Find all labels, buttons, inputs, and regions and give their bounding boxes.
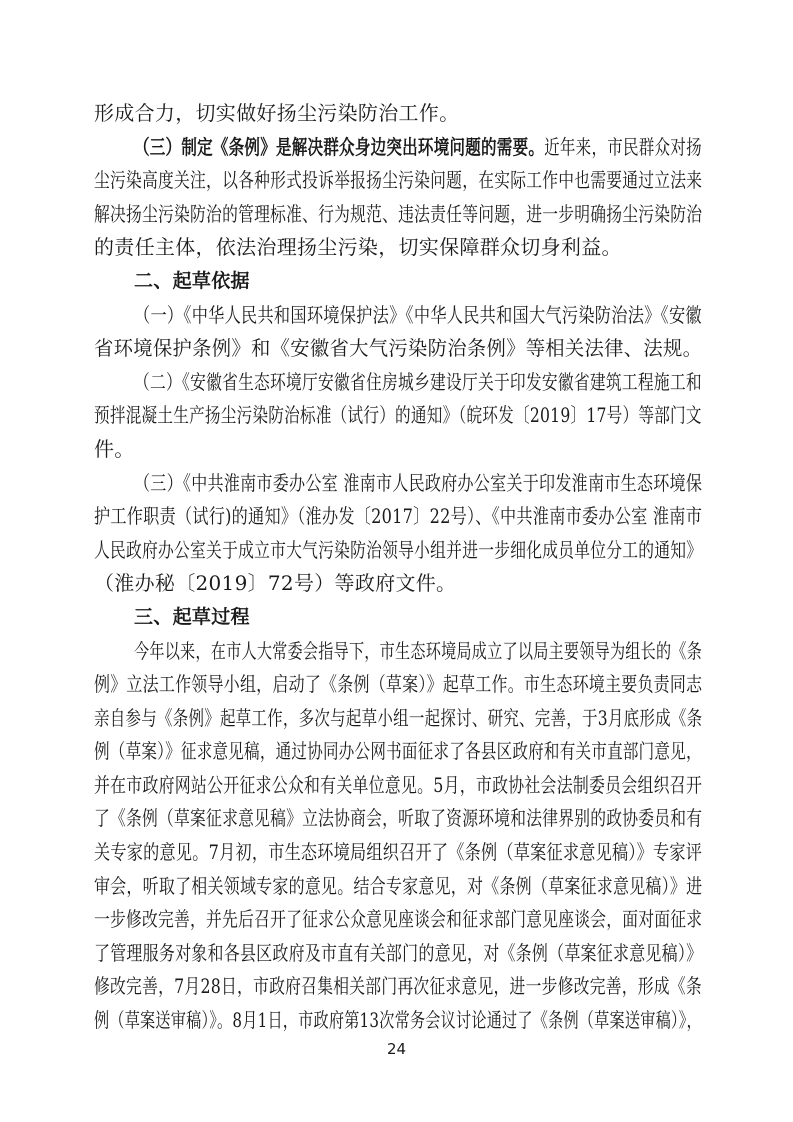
section-heading: 二、起草依据 xyxy=(94,265,702,299)
paragraph-line: 预拌混凝土生产扬尘污染防治标准（试行）的通知》（皖环发〔2019〕17号）等部门… xyxy=(94,399,702,433)
paragraph-line: （淮办秘〔2019〕72号）等政府文件。 xyxy=(94,567,702,601)
paragraph-line: （三）制定《条例》是解决群众身边突出环境问题的需要。近年来，市民群众对扬 xyxy=(94,131,702,165)
paragraph-line: （二）《安徽省生态环境厅安徽省住房城乡建设厅关于印发安徽省建筑工程施工和 xyxy=(94,366,702,400)
paragraph-line: 人民政府办公室关于成立市大气污染防治领导小组并进一步细化成员单位分工的通知》 xyxy=(94,534,702,568)
bold-lead: （三）制定《条例》是解决群众身边突出环境问题的需要。 xyxy=(134,135,544,159)
paragraph-line: 例》立法工作领导小组，启动了《条例（草案）》起草工作。市生态环境主要负责同志 xyxy=(94,668,702,702)
paragraph-line: （一）《中华人民共和国环境保护法》《中华人民共和国大气污染防治法》《安徽 xyxy=(94,299,702,333)
section-heading: 三、起草过程 xyxy=(94,601,702,635)
paragraph-line: 例（草案）》征求意见稿，通过协同办公网书面征求了各县区政府和有关市直部门意见， xyxy=(94,735,702,769)
paragraph-line: 的责任主体，依法治理扬尘污染，切实保障群众切身利益。 xyxy=(94,231,702,265)
paragraph-line: 并在市政府网站公开征求公众和有关单位意见。5月，市政协社会法制委员会组织召开 xyxy=(94,769,702,803)
paragraph-line: 一步修改完善，并先后召开了征求公众意见座谈会和征求部门意见座谈会，面对面征求 xyxy=(94,903,702,937)
paragraph-line: 关专家的意见。7月初，市生态环境局组织召开了《条例（草案征求意见稿）》专家评 xyxy=(94,836,702,870)
paragraph-line: 省环境保护条例》和《安徽省大气污染防治条例》等相关法律、法规。 xyxy=(94,332,702,366)
paragraph-line: 亲自参与《条例》起草工作，多次与起草小组一起探讨、研究、完善，于3月底形成《条 xyxy=(94,702,702,736)
paragraph-line: 解决扬尘污染防治的管理标准、行为规范、违法责任等问题，进一步明确扬尘污染防治 xyxy=(94,198,702,232)
line-text: 近年来，市民群众对扬 xyxy=(544,135,702,159)
page-number: 24 xyxy=(0,1040,793,1058)
paragraph-line: 尘污染高度关注，以各种形式投诉举报扬尘污染问题，在实际工作中也需要通过立法来 xyxy=(94,164,702,198)
paragraph-line: 修改完善，7月28日，市政府召集相关部门再次征求意见，进一步修改完善，形成《条 xyxy=(94,970,702,1004)
paragraph-line: 今年以来，在市人大常委会指导下，市生态环境局成立了以局主要领导为组长的《条 xyxy=(94,635,702,669)
paragraph-line: 形成合力，切实做好扬尘污染防治工作。 xyxy=(94,97,702,131)
paragraph-line: （三）《中共淮南市委办公室 淮南市人民政府办公室关于印发淮南市生态环境保 xyxy=(94,467,702,501)
paragraph-line: 例（草案送审稿）》。8月1日，市政府第13次常务会议讨论通过了《条例（草案送审稿… xyxy=(94,1004,702,1038)
paragraph-line: 了《条例（草案征求意见稿》立法协商会，听取了资源环境和法律界别的政协委员和有 xyxy=(94,802,702,836)
paragraph-line: 审会，听取了相关领域专家的意见。结合专家意见，对《条例（草案征求意见稿）》进 xyxy=(94,870,702,904)
document-body: 形成合力，切实做好扬尘污染防治工作。 （三）制定《条例》是解决群众身边突出环境问… xyxy=(94,97,702,1038)
paragraph-line: 了管理服务对象和各县区政府及市直有关部门的意见，对《条例（草案征求意见稿）》 xyxy=(94,937,702,971)
paragraph-line: 护工作职责（试行)的通知》（淮办发〔2017〕22号）、《中共淮南市委办公室 淮… xyxy=(94,500,702,534)
paragraph-line: 件。 xyxy=(94,433,702,467)
